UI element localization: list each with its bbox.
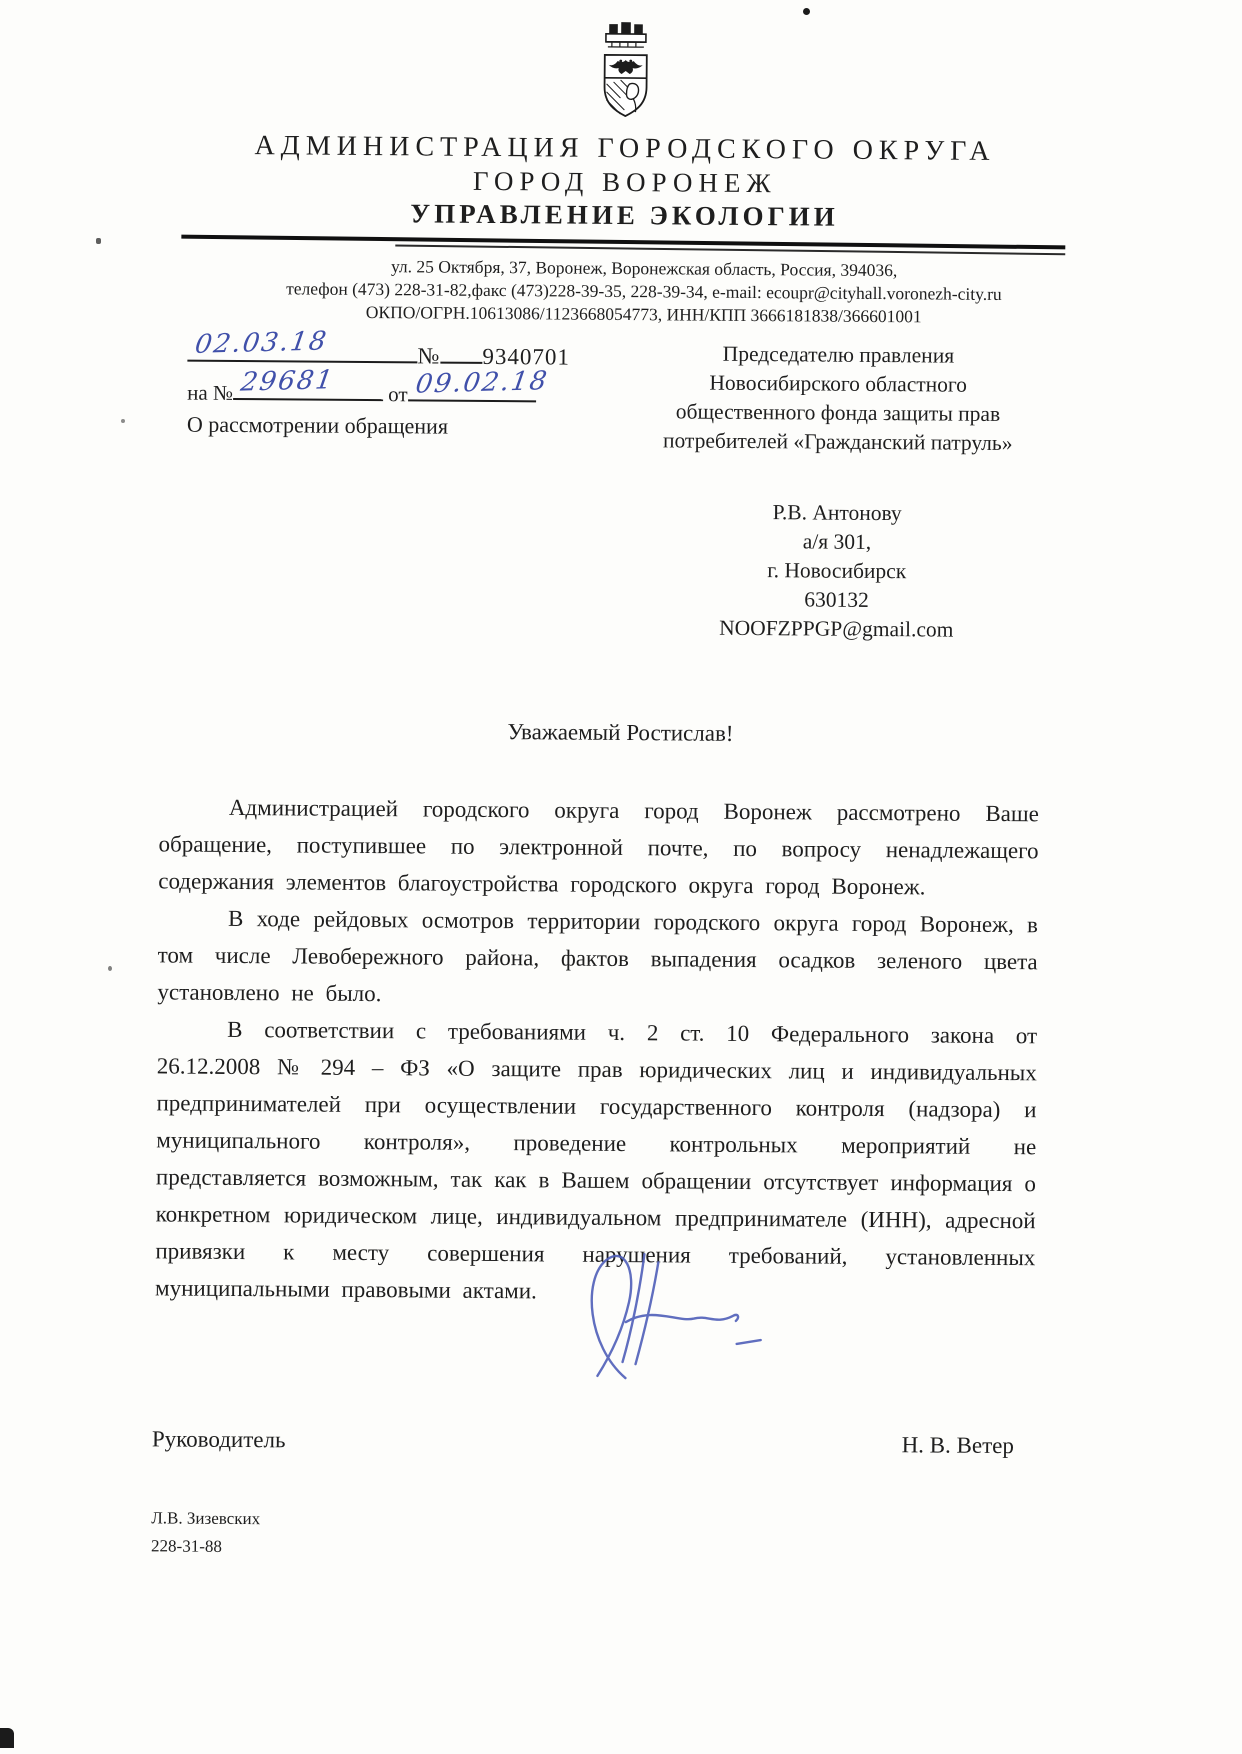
outgoing-date-handwriting: 02.03.18 <box>193 327 330 361</box>
incoming-prefix-label: на № <box>187 381 233 405</box>
executor-block: Л.В. Зизевских 228-31-88 <box>151 1505 1235 1570</box>
reference-block: 02.03.18№9340701 на №29681 от09.02.18 О … <box>187 336 608 441</box>
addressee-po-box: а/я 301, <box>606 526 1068 559</box>
body-paragraph-1: Администрацией городского округа город В… <box>158 789 1039 907</box>
salutation: Уважаемый Ростислав! <box>0 716 1242 752</box>
signer-name: Н. В. Ветер <box>902 1433 1014 1460</box>
incoming-date-field: 09.02.18 <box>408 376 536 403</box>
outgoing-date-field: 02.03.18 <box>187 336 417 364</box>
incoming-number-field: 29681 <box>233 374 383 401</box>
incoming-date-label: от <box>388 382 408 406</box>
scan-speck <box>121 419 125 423</box>
signature-row: Руководитель Н. В. Ветер <box>152 1427 1014 1460</box>
number-sign-label: № <box>417 344 440 369</box>
signer-position: Руководитель <box>152 1427 286 1454</box>
body-paragraph-2: В ходе рейдовых осмотров территории горо… <box>157 900 1038 1018</box>
letter-subject: О рассмотрении обращения <box>187 412 607 441</box>
addressee-city: г. Новосибирск <box>606 555 1068 588</box>
org-title-block: АДМИНИСТРАЦИЯ ГОРОДСКОГО ОКРУГА ГОРОД ВО… <box>3 127 1242 237</box>
scan-speck <box>96 238 101 244</box>
addressee-line: Председателю правления <box>607 339 1069 372</box>
addressee-contact-group: Р.В. Антонову а/я 301, г. Новосибирск 63… <box>605 497 1068 646</box>
addressee-block: Председателю правления Новосибирского об… <box>605 339 1069 646</box>
incoming-date-handwriting: 09.02.18 <box>413 366 550 400</box>
addressee-name: Р.В. Антонову <box>606 497 1068 530</box>
addressee-line: потребителей «Гражданский патруль» <box>607 426 1069 459</box>
scan-content: АДМИНИСТРАЦИЯ ГОРОДСКОГО ОКРУГА ГОРОД ВО… <box>0 0 1242 1754</box>
contact-block: ул. 25 Октября, 37, Воронеж, Воронежская… <box>3 252 1242 330</box>
signature-ink-icon <box>529 1247 765 1384</box>
crest-wrap <box>4 0 1242 131</box>
addressee-postal-code: 630132 <box>605 584 1067 617</box>
incoming-number-handwriting: 29681 <box>239 365 337 397</box>
voronezh-coat-of-arms-icon <box>589 22 662 127</box>
addressee-line: общественного фонда защиты прав <box>607 397 1069 430</box>
scan-speck <box>0 1728 14 1748</box>
reference-addressee-row: 02.03.18№9340701 на №29681 от09.02.18 О … <box>0 320 1242 647</box>
addressee-line: Новосибирского областного <box>607 368 1069 401</box>
scanned-letter-page: АДМИНИСТРАЦИЯ ГОРОДСКОГО ОКРУГА ГОРОД ВО… <box>0 0 1242 1754</box>
letter-body: Администрацией городского округа город В… <box>155 789 1039 1314</box>
addressee-email: NOOFZPPGP@gmail.com <box>605 613 1067 646</box>
incoming-ref-line: на №29681 от09.02.18 <box>187 374 607 409</box>
outgoing-number-field <box>440 338 482 364</box>
scan-speck <box>803 8 810 15</box>
scan-speck <box>108 966 112 971</box>
